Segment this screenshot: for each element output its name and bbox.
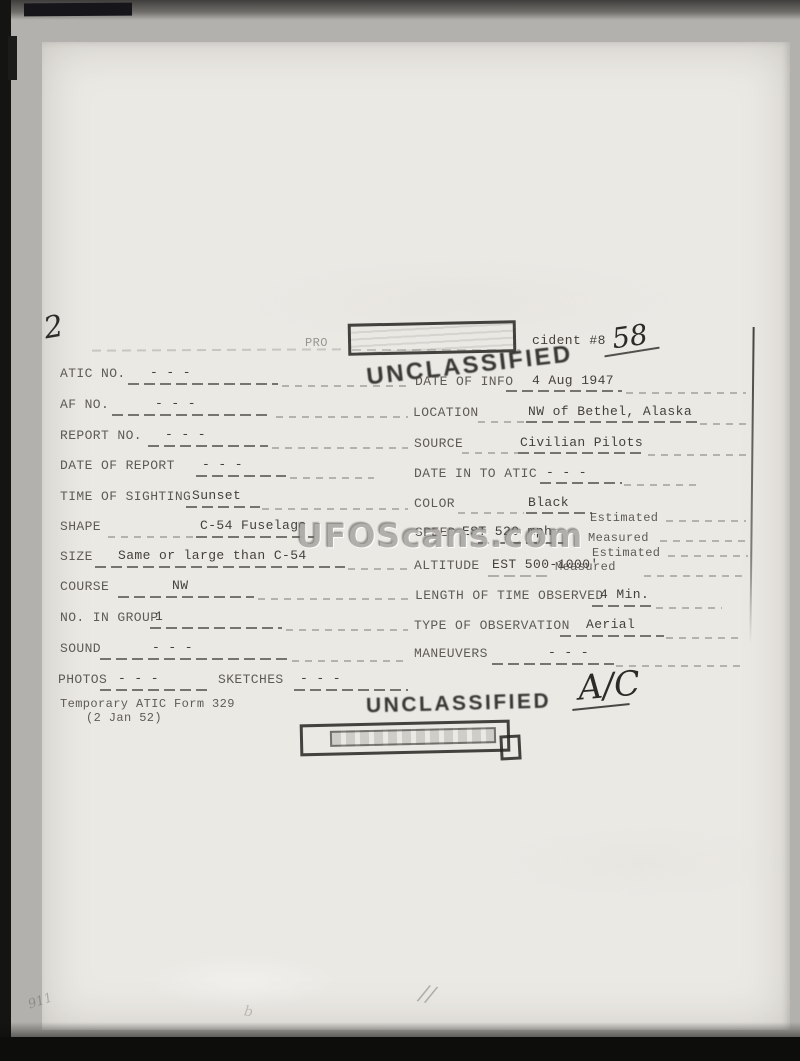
field-label-report-no: REPORT NO.	[60, 428, 142, 443]
field-label-altitude: ALTITUDE	[414, 558, 480, 573]
underline	[294, 689, 408, 691]
field-label-source: SOURCE	[414, 436, 463, 451]
form-date: (2 Jan 52)	[86, 711, 162, 725]
field-value-photos: - - -	[118, 671, 159, 686]
watermark: UFOScans.com	[296, 516, 583, 555]
underline	[100, 689, 212, 691]
field-value-color: Black	[528, 495, 569, 510]
underline	[540, 482, 622, 484]
field-value-time-of-sighting: Sunset	[192, 488, 241, 503]
field-label-type-of-observation: TYPE OF OBSERVATION	[414, 618, 570, 633]
leader-line	[666, 637, 742, 639]
field-label-course: COURSE	[60, 579, 109, 594]
leader-line	[660, 540, 746, 542]
leader-line	[626, 392, 746, 394]
underline	[118, 596, 254, 598]
field-label-sketches: SKETCHES	[218, 672, 284, 687]
underline	[100, 658, 288, 660]
altitude-measured-label: Measured	[555, 560, 616, 574]
leader-line	[286, 629, 408, 631]
field-label-shape: SHAPE	[60, 519, 101, 534]
underline	[112, 414, 272, 416]
speed-measured-label: Measured	[588, 531, 649, 545]
field-value-date-of-report: - - -	[202, 457, 243, 472]
field-label-time-of-sighting: TIME OF SIGHTING	[60, 489, 191, 504]
field-value-sketches: - - -	[300, 671, 341, 686]
field-value-sound: - - -	[152, 640, 193, 655]
handwritten-aircraft-note: A/C	[576, 663, 641, 708]
leader-line	[624, 484, 702, 486]
field-value-date-of-info: 4 Aug 1947	[532, 373, 614, 388]
leader-line	[348, 568, 408, 570]
underline	[128, 383, 278, 385]
leader-line	[282, 385, 408, 387]
scan-edge-left	[0, 0, 11, 1061]
leader-line	[656, 607, 722, 609]
field-label-maneuvers: MANEUVERS	[414, 646, 488, 661]
scan-edge-notch	[8, 36, 17, 80]
leader-line	[458, 512, 524, 514]
underline	[518, 452, 646, 454]
leader-line	[290, 477, 374, 479]
altitude-estimated-label: Estimated	[592, 546, 660, 560]
leader-line	[272, 447, 408, 449]
field-value-type-of-observation: Aerial	[586, 617, 635, 632]
scan-edge-bottom-fade	[0, 1022, 800, 1037]
field-value-date-in-to-atic: - - -	[546, 465, 587, 480]
leader-line	[262, 508, 408, 510]
field-value-length-of-time-observed: 4 Min.	[600, 587, 649, 602]
bottom-stamp-box-tab	[499, 734, 521, 760]
leader-line	[666, 520, 746, 522]
field-value-af-no: - - -	[155, 396, 196, 411]
underline	[526, 512, 592, 514]
field-value-location: NW of Bethel, Alaska	[528, 404, 692, 419]
scan-edge-bottom	[0, 1037, 800, 1061]
field-label-color: COLOR	[414, 496, 455, 511]
underline	[148, 445, 268, 447]
leader-line	[644, 575, 746, 577]
field-value-maneuvers: - - -	[548, 645, 589, 660]
underline	[150, 627, 282, 629]
leader-line	[276, 416, 408, 418]
leader-line	[668, 555, 748, 557]
leader-line	[700, 423, 746, 425]
field-label-date-in-to-atic: DATE IN TO ATIC	[414, 466, 537, 481]
field-label-photos: PHOTOS	[58, 672, 107, 687]
underline	[492, 663, 614, 665]
underline	[592, 605, 654, 607]
underline	[196, 475, 286, 477]
field-label-length-of-time-observed: LENGTH OF TIME OBSERVED	[415, 588, 604, 603]
unclassified-stamp-bottom: UNCLASSIFIED	[366, 690, 552, 719]
field-label-location: LOCATION	[413, 405, 479, 420]
leader-line	[292, 660, 408, 662]
underline	[560, 635, 664, 637]
scanned-document: 2 PRO cident #8 58 UNCLASSIFIED ATIC NO.…	[0, 0, 800, 1061]
leader-line	[462, 452, 518, 454]
field-label-af-no: AF NO.	[60, 397, 109, 412]
underline	[95, 566, 345, 568]
field-label-size: SIZE	[60, 549, 93, 564]
field-label-date-of-info: DATE OF INFO	[415, 374, 513, 389]
field-value-shape: C-54 Fuselage	[200, 518, 307, 533]
underline	[506, 390, 622, 392]
field-value-size: Same or large than C-54	[118, 548, 307, 563]
underline	[488, 575, 552, 577]
field-value-no-in-group: 1	[155, 609, 163, 624]
form-name: Temporary ATIC Form 329	[60, 697, 235, 711]
leader-line	[478, 421, 526, 423]
field-value-course: NW	[172, 578, 188, 593]
field-label-date-of-report: DATE OF REPORT	[60, 458, 175, 473]
field-value-atic-no: - - -	[150, 365, 191, 380]
leader-line	[648, 454, 746, 456]
underline	[186, 506, 260, 508]
leader-line	[108, 536, 194, 538]
field-label-sound: SOUND	[60, 641, 101, 656]
speed-estimated-label: Estimated	[590, 511, 658, 525]
scan-edge-mark	[24, 3, 132, 17]
faint-header-text: PRO	[305, 336, 328, 350]
field-label-atic-no: ATIC NO.	[60, 366, 126, 381]
leader-line	[258, 598, 408, 600]
field-label-no-in-group: NO. IN GROUP	[60, 610, 158, 625]
underline	[526, 421, 698, 423]
field-value-report-no: - - -	[165, 427, 206, 442]
field-value-source: Civilian Pilots	[520, 435, 643, 450]
